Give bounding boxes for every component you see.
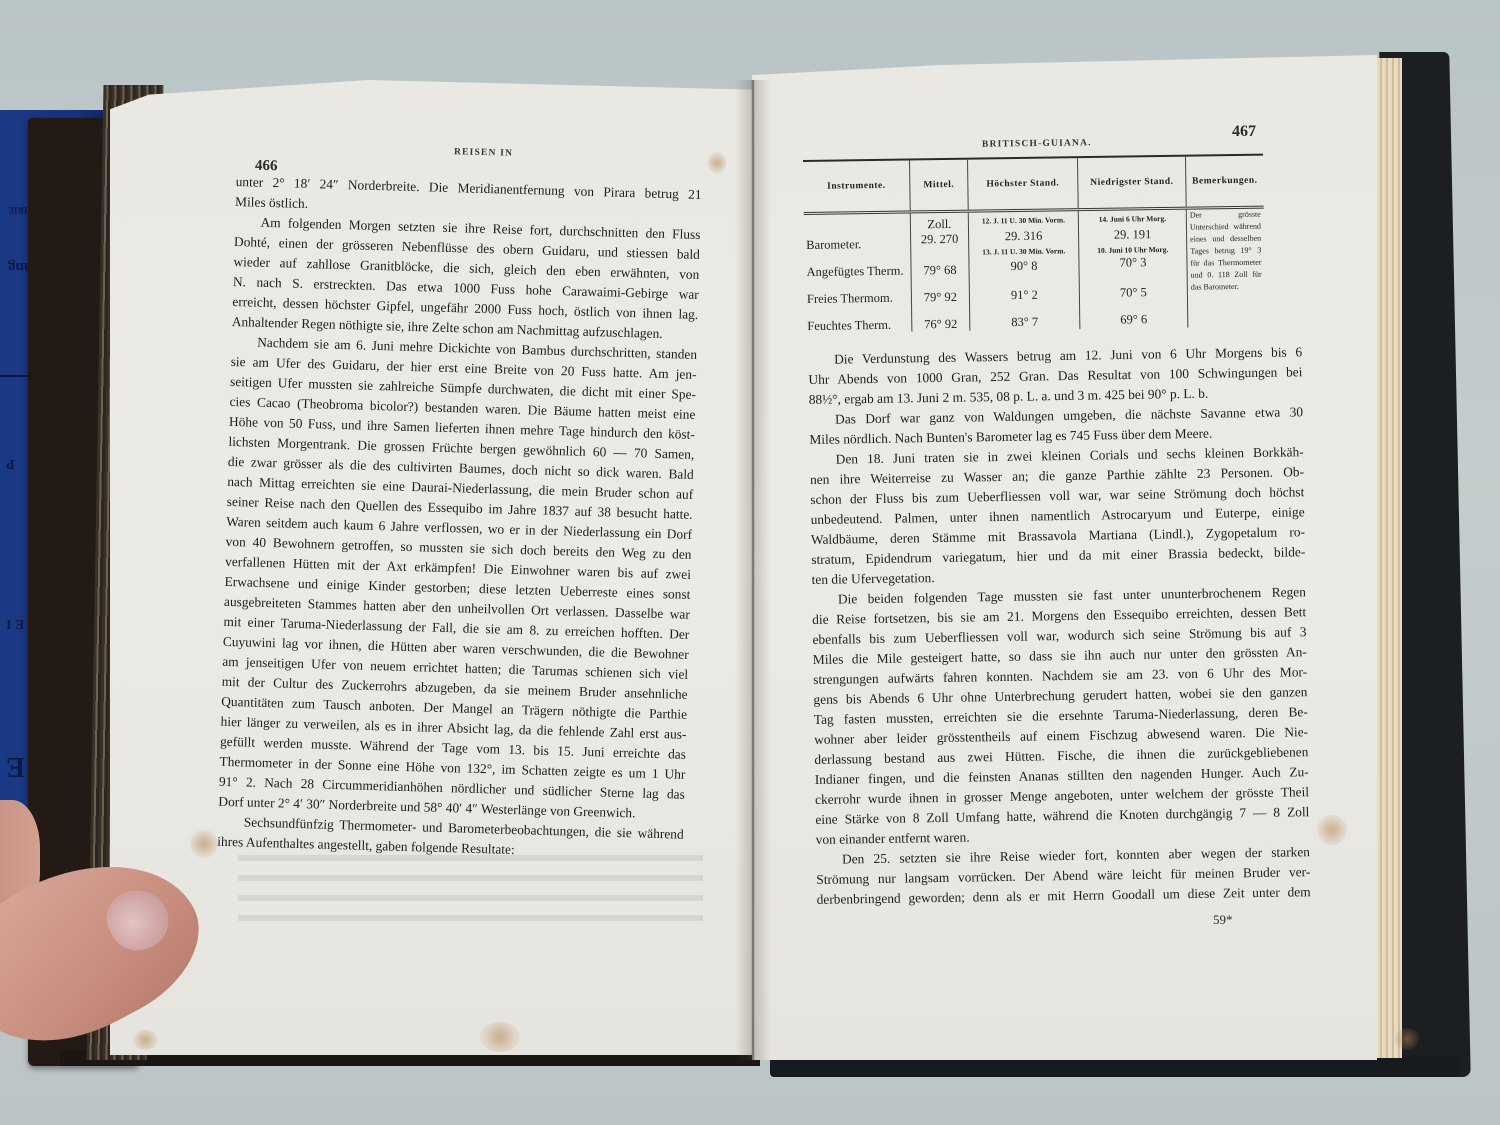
booklet-text: E I	[6, 615, 24, 631]
observation-table: Instrumente. Mittel. Höchster Stand. Nie…	[803, 154, 1265, 333]
unit-label: Zoll.	[911, 217, 968, 233]
table-header-row: Instrumente. Mittel. Höchster Stand. Nie…	[803, 156, 1264, 212]
table-cell: 91° 2	[970, 287, 1079, 304]
table-cell: Freies Thermom.	[807, 291, 893, 307]
table-header: Bemerkungen.	[1186, 156, 1264, 207]
right-page-body: Die Verdunstung des Wassers betrug am 12…	[808, 342, 1311, 910]
table-cell: 90° 8	[969, 258, 1078, 275]
book-gutter	[735, 80, 771, 1060]
running-head: REISEN IN	[454, 147, 513, 159]
table-cell: 79° 68	[911, 263, 968, 279]
table-cell: 29. 191	[1079, 227, 1186, 243]
table-cell: Barometer.	[806, 237, 861, 253]
table-cell: 69° 6	[1080, 312, 1187, 328]
running-head: BRITISCH-GUIANA.	[982, 138, 1092, 150]
table-cell: Feuchtes Therm.	[807, 318, 891, 334]
foxing-stain	[480, 1022, 520, 1052]
foxing-stain	[133, 1030, 158, 1050]
table-cell: 29. 270	[911, 232, 968, 248]
table-cell: 79° 92	[912, 290, 969, 306]
foxing-stain	[1395, 1028, 1419, 1050]
show-through-text	[238, 855, 703, 925]
table-header: Mittel.	[910, 160, 969, 211]
table-header: Instrumente.	[803, 161, 911, 212]
instrument-column: Barometer. Angefügtes Therm. Freies Ther…	[804, 214, 913, 333]
table-header: Niedrigster Stand.	[1078, 157, 1187, 209]
mittel-column: Zoll. 29. 270 79° 68 79° 92 76° 92	[911, 213, 971, 332]
booklet-text: P	[6, 455, 15, 471]
table-cell: 83° 7	[970, 314, 1079, 331]
table-header: Höchster Stand.	[968, 158, 1079, 210]
table-note: 10. Juni 10 Uhr Morg.	[1079, 245, 1186, 255]
table-cell: 29. 316	[969, 228, 1078, 245]
table-cell: Angefügtes Therm.	[806, 264, 903, 280]
table-note: 13. J. 11 U. 30 Min. Vorm.	[969, 246, 1078, 257]
table-cell: 70° 3	[1079, 255, 1186, 271]
foxing-stain	[708, 152, 726, 174]
table-body: Barometer. Angefügtes Therm. Freies Ther…	[804, 209, 1266, 333]
table-cell: 70° 5	[1080, 285, 1187, 301]
foxing-stain	[1317, 815, 1347, 845]
hoechster-column: 12. J. 11 U. 30 Min. Vorm. 29. 316 13. J…	[969, 211, 1081, 331]
left-page-body: unter 2° 18′ 24″ Norderbreite. Die Merid…	[217, 172, 702, 865]
page-number: 467	[1232, 123, 1256, 141]
niedrigster-column: 14. Juni 6 Uhr Morg. 29. 191 10. Juni 10…	[1079, 210, 1189, 329]
booklet-text: E	[6, 750, 25, 782]
table-note: 12. J. 11 U. 30 Min. Vorm.	[969, 215, 1078, 226]
table-cell: 76° 92	[912, 317, 969, 333]
table-note: 14. Juni 6 Uhr Morg.	[1079, 214, 1186, 224]
table-remark: Der grösste Unterschied während eines un…	[1187, 209, 1266, 328]
foxing-stain	[190, 830, 218, 858]
signature-mark: 59*	[1213, 912, 1233, 928]
